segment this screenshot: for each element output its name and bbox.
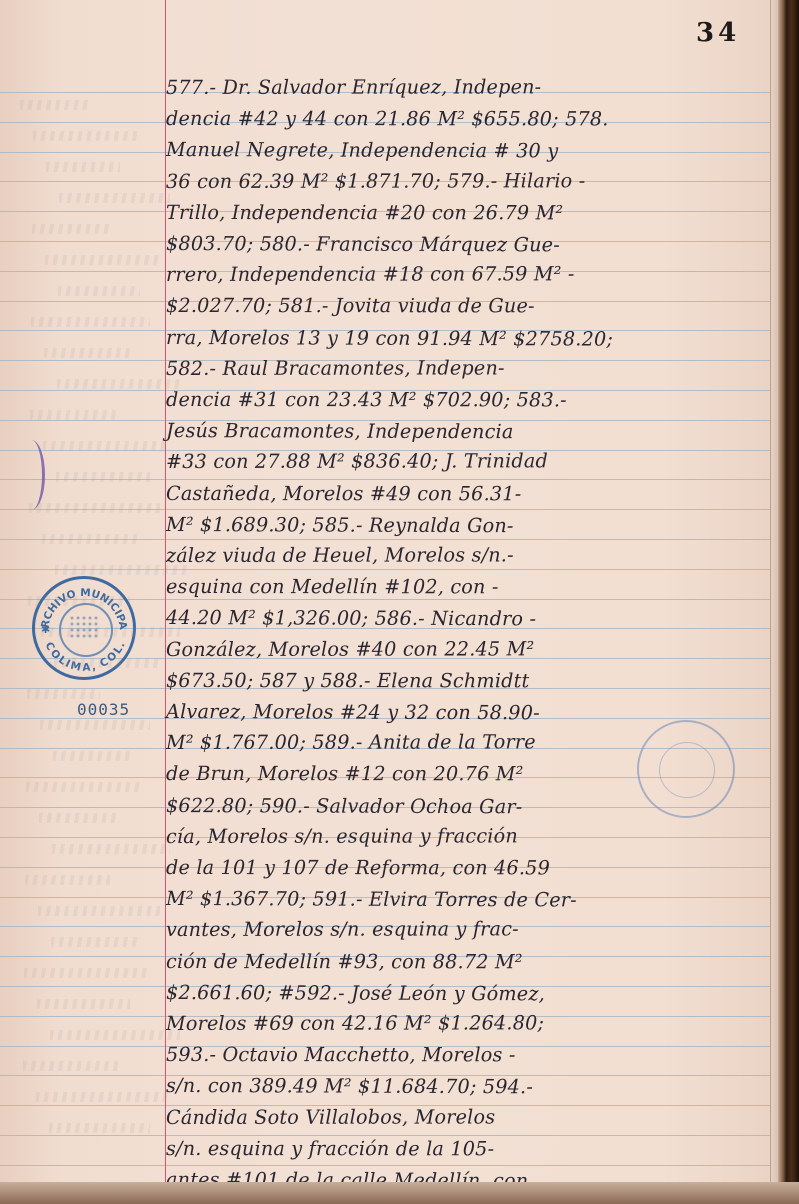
ghost-writing-stroke: [58, 286, 140, 296]
ghost-writing-stroke: [30, 410, 120, 420]
ruled-line: [0, 1135, 770, 1136]
ghost-writing-stroke: [56, 472, 150, 482]
handwritten-line: 577.- Dr. Salvador Enríquez, Indepen-: [166, 75, 766, 99]
handwritten-line: vantes, Morelos s/n. esquina y frac-: [166, 917, 766, 941]
ghost-writing-stroke: [25, 875, 110, 885]
ghost-writing-stroke: [29, 503, 160, 513]
handwritten-line: Morelos #69 con 42.16 M² $1.264.80;: [166, 1011, 766, 1035]
ghost-writing-stroke: [57, 379, 180, 389]
handwritten-line: $622.80; 590.- Salvador Ochoa Gar-: [166, 794, 766, 819]
ghost-writing-stroke: [39, 813, 120, 823]
handwritten-line: 593.- Octavio Macchetto, Morelos -: [166, 1043, 766, 1067]
handwritten-line: dencia #31 con 23.43 M² $702.90; 583.-: [166, 388, 766, 412]
handwritten-line: s/n. con 389.49 M² $11.684.70; 594.-: [166, 1074, 766, 1099]
page-number: 34: [696, 18, 740, 48]
handwritten-line: s/n. esquina y fracción de la 105-: [166, 1137, 766, 1161]
handwritten-line: $803.70; 580.- Francisco Márquez Gue-: [166, 232, 766, 257]
purple-ink-mark: [18, 440, 45, 510]
handwritten-line: $673.50; 587 y 588.- Elena Schmidtt: [166, 669, 766, 693]
handwritten-line: Castañeda, Morelos #49 con 56.31-: [166, 482, 766, 506]
ghost-writing-stroke: [52, 844, 170, 854]
ghost-writing-stroke: [31, 317, 150, 327]
ghost-writing-stroke: [50, 1030, 180, 1040]
folio-number: 00035: [77, 700, 130, 719]
handwritten-line: Jesús Bracamontes, Independencia: [166, 419, 766, 444]
ledger-page: 34 ARCHIVO MUNICIPAL COLIMA, COL. ✱ 0003…: [0, 0, 778, 1182]
handwritten-line: dencia #42 y 44 con 21.86 M² $655.80; 57…: [166, 107, 766, 131]
handwritten-line: ción de Medellín #93, con 88.72 M²: [166, 950, 766, 974]
handwritten-line: González, Morelos #40 con 22.45 M²: [166, 637, 766, 661]
handwritten-line: zález viuda de Heuel, Morelos s/n.-: [166, 543, 766, 567]
handwritten-line: M² $1.367.70; 591.- Elvira Torres de Cer…: [166, 887, 766, 912]
handwritten-line: Cándida Soto Villalobos, Morelos: [166, 1105, 766, 1129]
ghost-writing-stroke: [42, 534, 140, 544]
page-bottom-shadow: [0, 1182, 799, 1204]
handwritten-line: de Brun, Morelos #12 con 20.76 M²: [166, 762, 766, 786]
handwritten-line: esquina con Medellín #102, con -: [166, 575, 766, 599]
book-binding-edge: [778, 0, 799, 1204]
ghost-writing-stroke: [33, 131, 140, 141]
handwritten-line: rra, Morelos 13 y 19 con 91.94 M² $2758.…: [166, 326, 766, 351]
handwritten-line: Alvarez, Morelos #24 y 32 con 58.90-: [166, 700, 766, 725]
ghost-writing-stroke: [54, 658, 160, 668]
handwritten-line: $2.661.60; #592.- José León y Gómez,: [166, 981, 766, 1006]
ghost-writing-stroke: [49, 1123, 150, 1133]
handwritten-line: rrero, Independencia #18 con 67.59 M² -: [166, 262, 766, 286]
ghost-writing-stroke: [40, 720, 150, 730]
handwritten-line: $2.027.70; 581.- Jovita viuda de Gue-: [166, 294, 766, 318]
ghost-writing-stroke: [59, 193, 170, 203]
handwritten-line: M² $1.689.30; 585.- Reynalda Gon-: [166, 513, 766, 538]
ghost-writing-stroke: [20, 100, 90, 110]
handwritten-line: de la 101 y 107 de Reforma, con 46.59: [166, 856, 766, 880]
handwritten-line: 36 con 62.39 M² $1.871.70; 579.- Hilario…: [166, 169, 766, 193]
handwritten-line: M² $1.767.00; 589.- Anita de la Torre: [166, 730, 766, 754]
handwritten-line: 44.20 M² $1,326.00; 586.- Nicandro -: [166, 606, 766, 631]
handwritten-line: 582.- Raul Bracamontes, Indepen-: [166, 356, 766, 380]
ghost-writing-stroke: [32, 224, 110, 234]
ghost-writing-stroke: [44, 348, 130, 358]
ghost-writing-stroke: [45, 255, 160, 265]
ghost-writing-stroke: [27, 689, 100, 699]
page-right-edge: [770, 0, 778, 1182]
handwritten-line: Manuel Negrete, Independencia # 30 y: [166, 138, 766, 163]
ghost-writing-stroke: [28, 596, 130, 606]
ghost-writing-stroke: [24, 968, 150, 978]
ghost-writing-stroke: [41, 627, 180, 637]
ghost-writing-stroke: [46, 162, 120, 172]
ghost-writing-stroke: [51, 937, 140, 947]
ghost-writing-stroke: [38, 906, 160, 916]
handwritten-line: Trillo, Independencia #20 con 26.79 M²: [166, 201, 766, 225]
ghost-writing-stroke: [37, 999, 130, 1009]
handwritten-line: cía, Morelos s/n. esquina y fracción: [166, 824, 766, 848]
ghost-writing-stroke: [43, 441, 170, 451]
ghost-writing-stroke: [26, 782, 140, 792]
handwritten-line: antes #101 de la calle Medellín, con: [166, 1168, 766, 1182]
ghost-writing-stroke: [53, 751, 130, 761]
ghost-writing-stroke: [23, 1061, 120, 1071]
ruled-line: [0, 1165, 770, 1166]
handwritten-line: #33 con 27.88 M² $836.40; J. Trinidad: [166, 449, 766, 473]
ghost-writing-stroke: [36, 1092, 170, 1102]
